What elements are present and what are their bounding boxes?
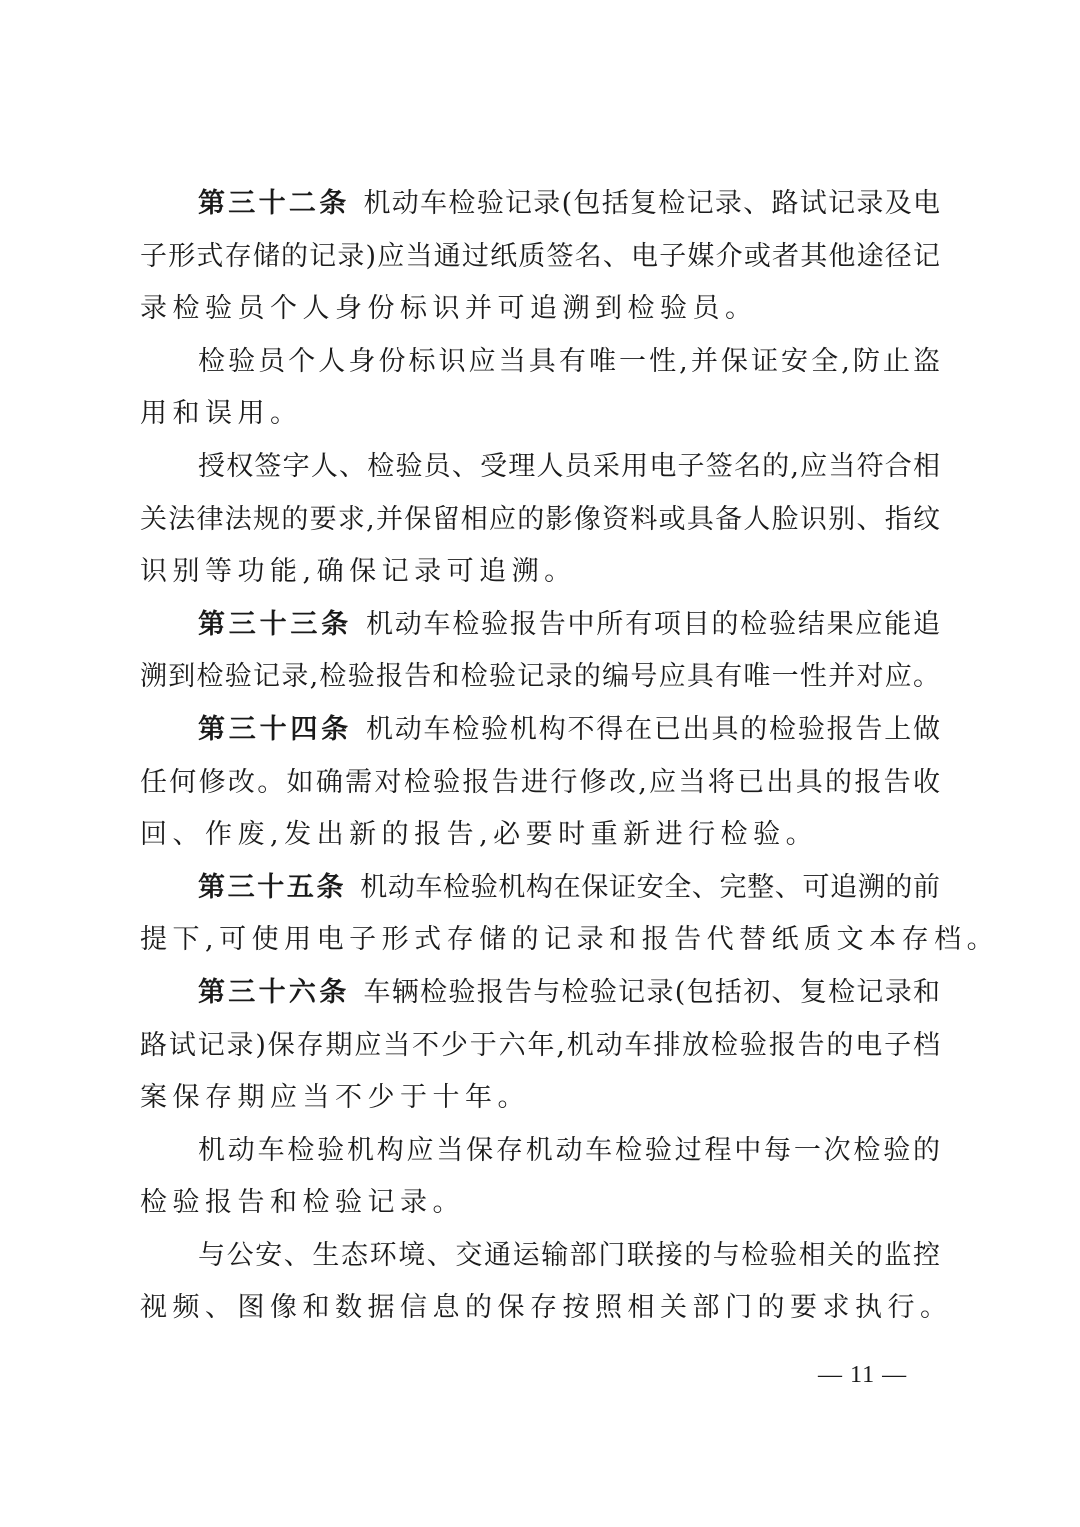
- article-34-line-2: 任何修改。如确需对检验报告进行修改,应当将已出具的报告收: [140, 757, 940, 810]
- article-35-text: 机动车检验机构在保证安全、完整、可追溯的前: [360, 872, 940, 903]
- paragraph-signature-line-3: 识别等功能,确保记录可追溯。: [140, 546, 940, 599]
- article-35-label: 第三十五条: [198, 872, 346, 903]
- article-32-line-2: 子形式存储的记录)应当通过纸质签名、电子媒介或者其他途径记: [140, 231, 940, 284]
- article-36-text: 车辆检验报告与检验记录(包括初、复检记录和: [364, 977, 941, 1008]
- article-33-line-2: 溯到检验记录,检验报告和检验记录的编号应具有唯一性并对应。: [140, 651, 940, 704]
- document-body: 第三十二条机动车检验记录(包括复检记录、路试记录及电 子形式存储的记录)应当通过…: [140, 178, 940, 1335]
- article-32-text: 机动车检验记录(包括复检记录、路试记录及电: [364, 188, 941, 219]
- article-33-label: 第三十三条: [198, 609, 352, 640]
- paragraph-retention-line-2: 检验报告和检验记录。: [140, 1177, 940, 1230]
- article-35-line-1: 第三十五条机动车检验机构在保证安全、完整、可追溯的前: [140, 862, 940, 915]
- article-36-line-2: 路试记录)保存期应当不少于六年,机动车排放检验报告的电子档: [140, 1020, 940, 1073]
- paragraph-departments-line-2: 视频、图像和数据信息的保存按照相关部门的要求执行。: [140, 1282, 940, 1335]
- article-32-label: 第三十二条: [198, 188, 350, 219]
- article-36-line-1: 第三十六条车辆检验报告与检验记录(包括初、复检记录和: [140, 967, 940, 1020]
- article-35-line-2: 提下,可使用电子形式存储的记录和报告代替纸质文本存档。: [140, 914, 940, 967]
- paragraph-signature-line-2: 关法律法规的要求,并保留相应的影像资料或具备人脸识别、指纹: [140, 494, 940, 547]
- article-34-label: 第三十四条: [198, 714, 352, 745]
- article-34-text: 机动车检验机构不得在已出具的检验报告上做: [366, 714, 940, 745]
- article-34-line-1: 第三十四条机动车检验机构不得在已出具的检验报告上做: [140, 704, 940, 757]
- document-page: 第三十二条机动车检验记录(包括复检记录、路试记录及电 子形式存储的记录)应当通过…: [0, 0, 1080, 1527]
- article-32-line-3: 录检验员个人身份标识并可追溯到检验员。: [140, 283, 940, 336]
- article-34-line-3: 回、作废,发出新的报告,必要时重新进行检验。: [140, 809, 940, 862]
- article-32-line-1: 第三十二条机动车检验记录(包括复检记录、路试记录及电: [140, 178, 940, 231]
- paragraph-departments-line-1: 与公安、生态环境、交通运输部门联接的与检验相关的监控: [140, 1230, 940, 1283]
- article-36-label: 第三十六条: [198, 977, 350, 1008]
- article-36-line-3: 案保存期应当不少于十年。: [140, 1072, 940, 1125]
- article-33-text: 机动车检验报告中所有项目的检验结果应能追: [366, 609, 940, 640]
- paragraph-identity-line-1: 检验员个人身份标识应当具有唯一性,并保证安全,防止盗: [140, 336, 940, 389]
- paragraph-retention-line-1: 机动车检验机构应当保存机动车检验过程中每一次检验的: [140, 1125, 940, 1178]
- article-33-line-1: 第三十三条机动车检验报告中所有项目的检验结果应能追: [140, 599, 940, 652]
- paragraph-identity-line-2: 用和误用。: [140, 388, 940, 441]
- paragraph-signature-line-1: 授权签字人、检验员、受理人员采用电子签名的,应当符合相: [140, 441, 940, 494]
- page-number: — 11 —: [818, 1362, 907, 1389]
